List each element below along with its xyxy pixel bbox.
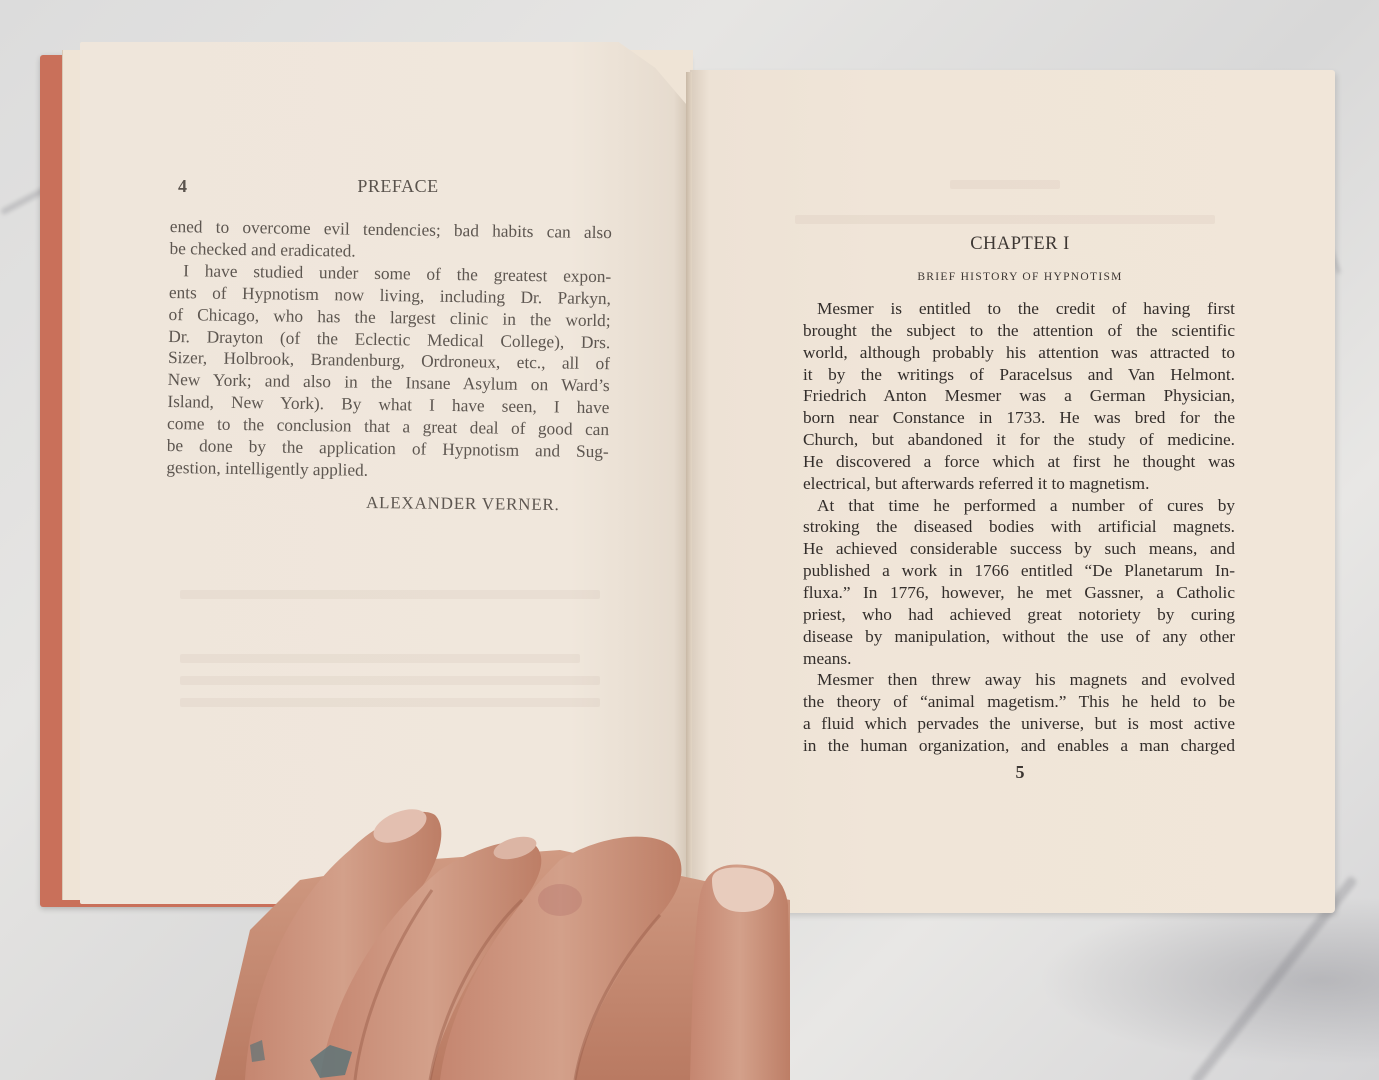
text-line: Mesmer is entitled to the credit of havi… (803, 298, 1235, 320)
text-line: born near Constance in 1733. He was bred… (803, 407, 1235, 429)
text-line: brought the subject to the attention of … (803, 320, 1235, 342)
show-through-text (180, 590, 600, 599)
text-line: stroking the diseased bodies with artifi… (803, 516, 1235, 538)
running-head: PREFACE (178, 176, 618, 197)
text-line: a fluid which pervades the universe, but… (803, 713, 1235, 735)
book-gutter (686, 72, 692, 910)
text-line: disease by manipulation, without the use… (803, 626, 1235, 648)
text-line: At that time he performed a number of cu… (803, 495, 1235, 517)
text-line: world, although probably his attention w… (803, 342, 1235, 364)
text-line: published a work in 1766 entitled “De Pl… (803, 560, 1235, 582)
preface-body: ened to overcome evil tendencies; bad ha… (166, 216, 612, 485)
page-number-right: 5 (800, 762, 1240, 783)
text-line: Mesmer then threw away his magnets and e… (803, 669, 1235, 691)
show-through-text (180, 676, 600, 685)
text-line: priest, who had achieved great notoriety… (803, 604, 1235, 626)
left-page-header: 4 PREFACE (178, 176, 618, 200)
text-line: it by the writings of Paracelsus and Van… (803, 364, 1235, 386)
text-line: He discovered a force which at first he … (803, 451, 1235, 473)
text-line: means. (803, 648, 1235, 670)
text-line: in the human organization, and enables a… (803, 735, 1235, 757)
chapter-subtitle: BRIEF HISTORY OF HYPNOTISM (800, 271, 1240, 283)
text-line: electrical, but afterwards referred it t… (803, 473, 1235, 495)
text-line: He achieved considerable success by such… (803, 538, 1235, 560)
chapter-body: Mesmer is entitled to the credit of havi… (803, 298, 1235, 757)
show-through-text (950, 180, 1060, 189)
text-line: Friedrich Anton Mesmer was a German Phys… (803, 385, 1235, 407)
text-line: Church, but abandoned it for the study o… (803, 429, 1235, 451)
show-through-text (180, 698, 600, 707)
text-line: the theory of “animal magetism.” This he… (803, 691, 1235, 713)
show-through-text (795, 215, 1215, 224)
text-line: fluxa.” In 1776, however, he met Gassner… (803, 582, 1235, 604)
show-through-text (180, 654, 580, 663)
chapter-title: CHAPTER I (800, 234, 1240, 255)
author-signature: ALEXANDER VERNER. (366, 493, 560, 515)
